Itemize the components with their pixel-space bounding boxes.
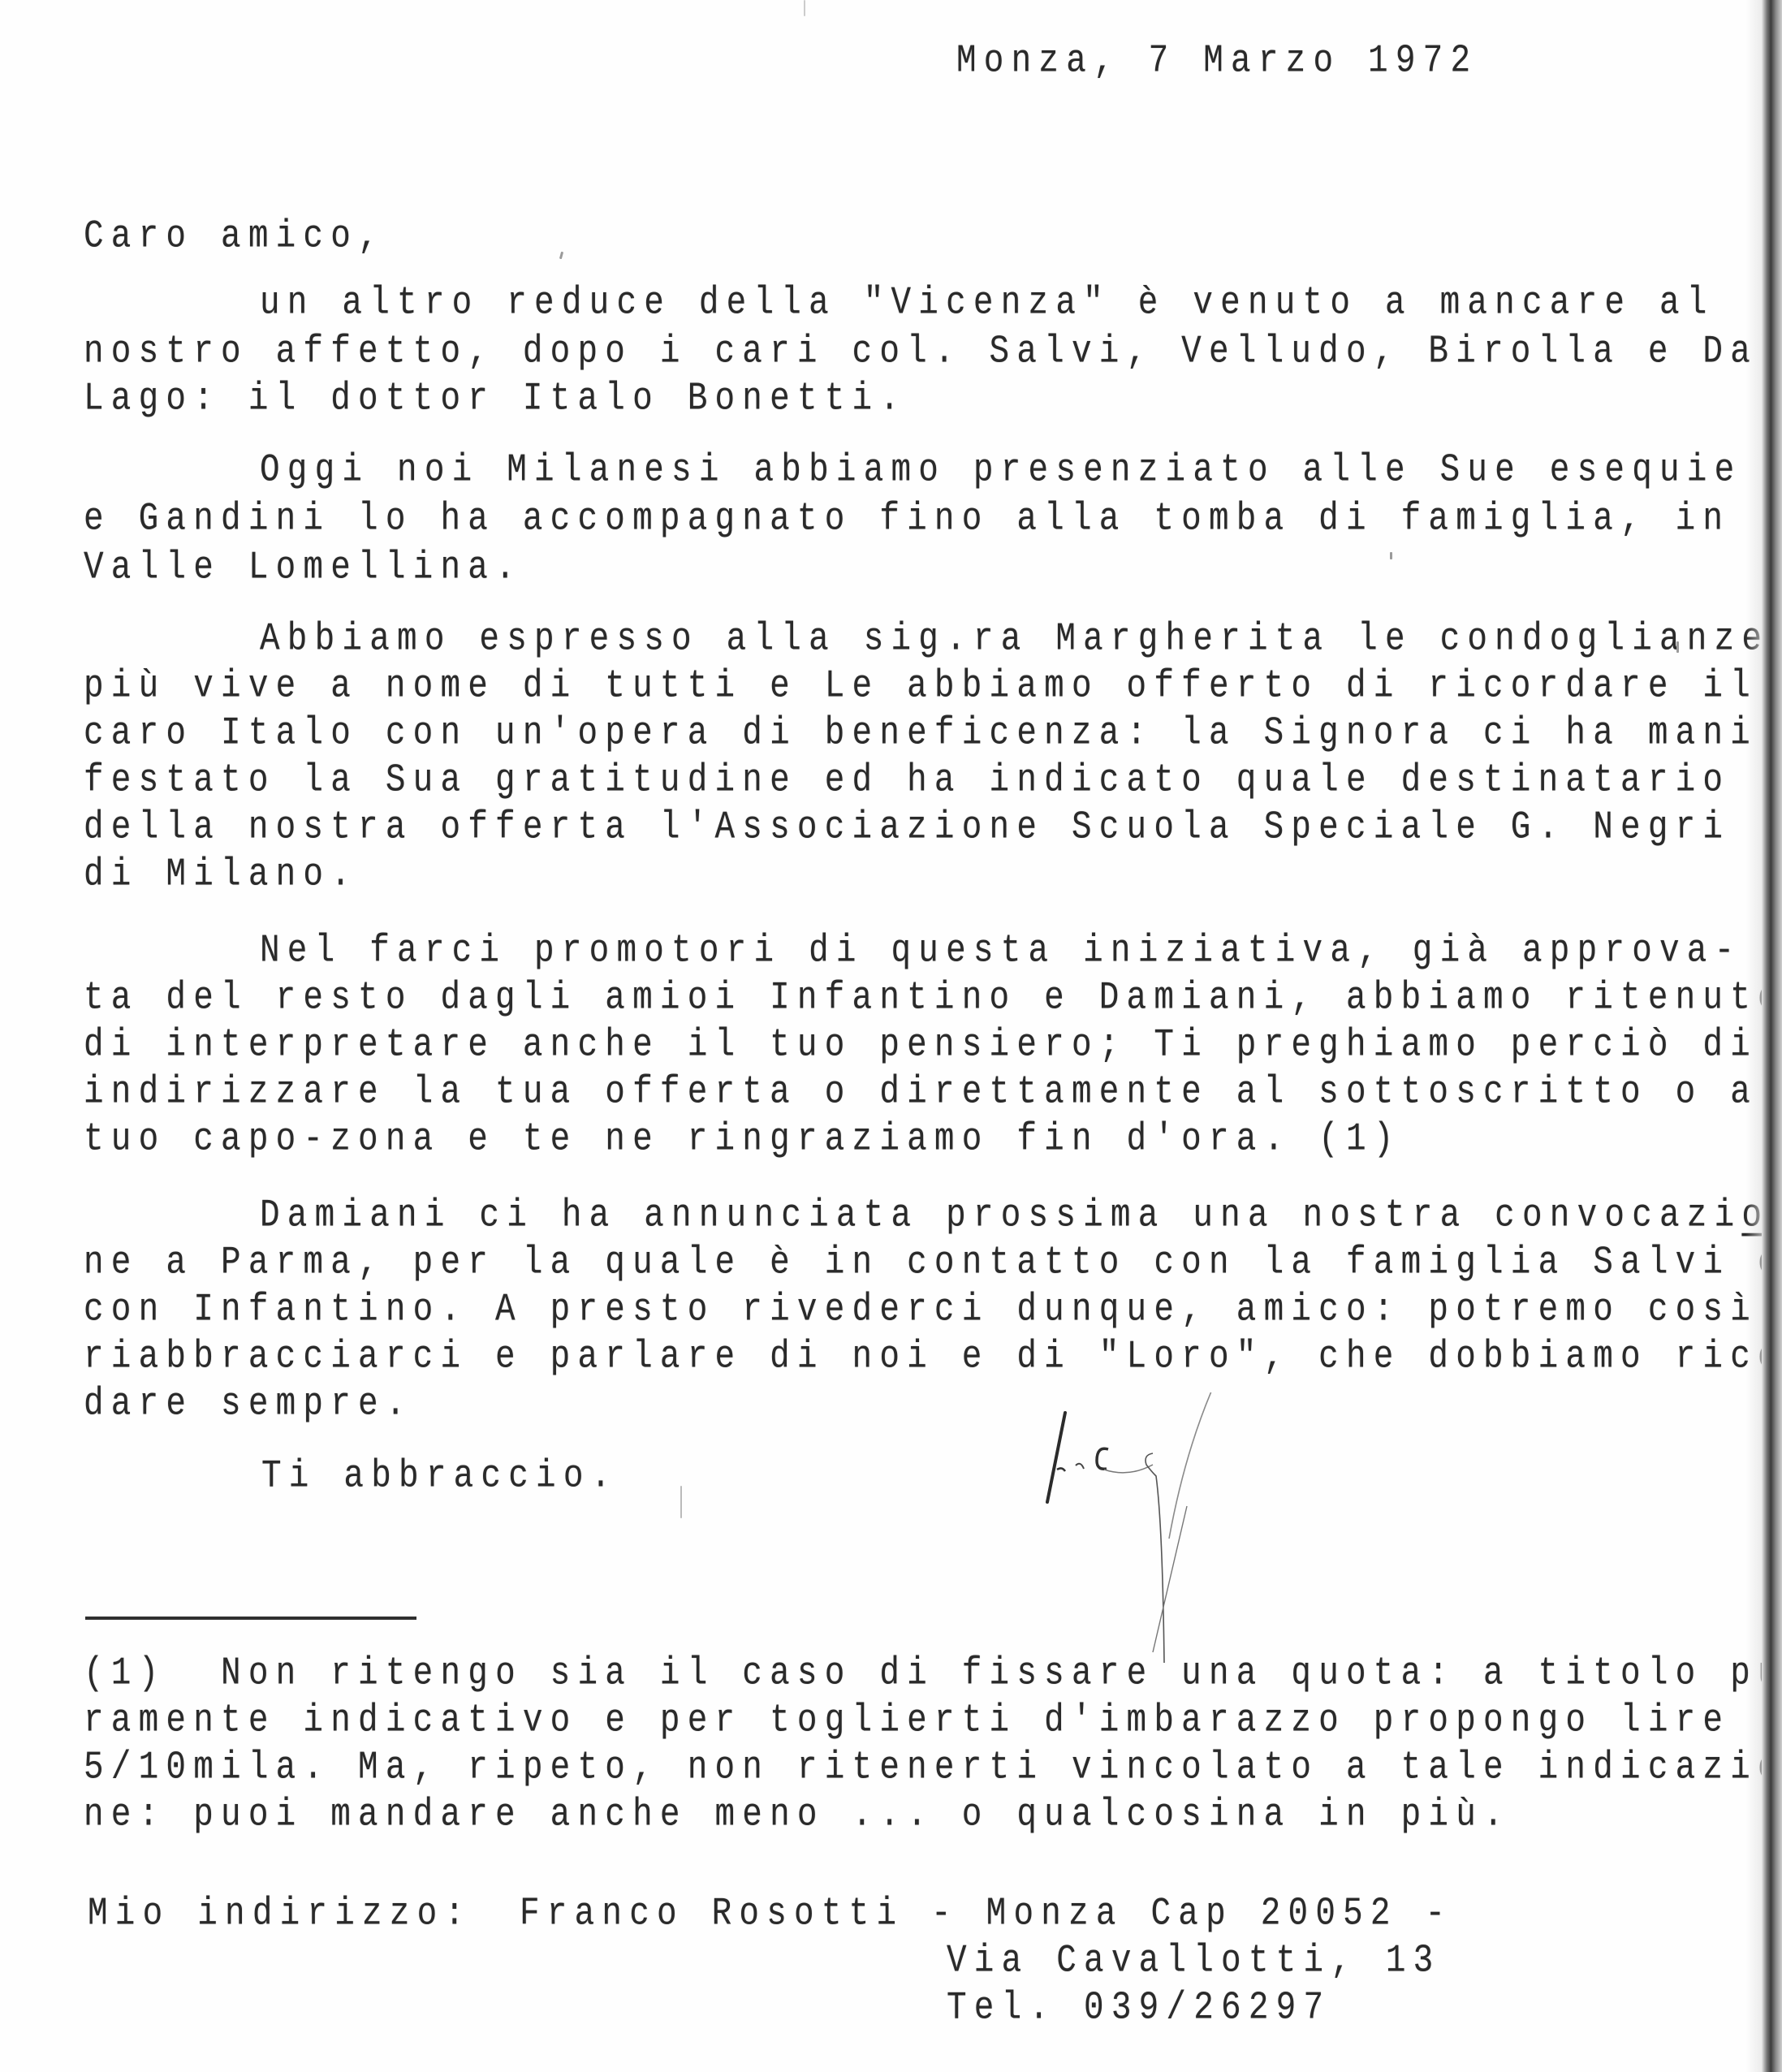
scan-speck	[680, 1486, 682, 1518]
footnote-line: 5/10mila. Ma, ripeto, non ritenerti vinc…	[84, 1749, 1782, 1788]
paragraph-line: caro Italo con un'opera di beneficenza: …	[84, 714, 1782, 753]
paragraph-line: di Milano.	[84, 856, 358, 895]
paragraph-line: più vive a nome di tutti e Le abbiamo of…	[84, 667, 1758, 706]
paragraph-line: ne a Parma, per la quale è in contatto c…	[84, 1244, 1782, 1283]
address-label: Mio indirizzo:	[88, 1895, 472, 1934]
letter-page: Monza, 7 Marzo 1972 Caro amico, un altro…	[0, 0, 1762, 2072]
footnote-marker: (1)	[84, 1651, 166, 1695]
paragraph-line: tuo capo-zona e te ne ringraziamo fin d'…	[84, 1120, 1401, 1159]
address-phone: Tel. 039/26297	[947, 1989, 1331, 2028]
scan-speck	[559, 252, 563, 259]
paragraph-line: Valle Lomellina.	[84, 549, 523, 588]
paragraph-line: della nostra offerta l'Associazione Scuo…	[84, 809, 1730, 848]
paragraph-line: nostro affetto, dopo i cari col. Salvi, …	[84, 333, 1782, 372]
address-street: Via Cavallotti, 13	[947, 1942, 1440, 1981]
paragraph-line: di interpretare anche il tuo pensiero; T…	[84, 1026, 1758, 1065]
salutation: Caro amico,	[84, 218, 386, 257]
paragraph-line: Nel farci promotori di questa iniziativa…	[260, 932, 1741, 971]
paragraph-line: indirizzare la tua offerta o direttament…	[84, 1073, 1782, 1112]
paragraph-line: un altro reduce della "Vicenza" è venuto…	[260, 284, 1715, 323]
paragraph-line: riabbracciarci e parlare di noi e di "Lo…	[84, 1338, 1782, 1377]
closing: Ti abbraccio.	[261, 1457, 618, 1496]
signature-icon	[1031, 1392, 1323, 1668]
footnote-separator	[85, 1617, 416, 1620]
paragraph-line: e Gandini lo ha accompagnato fino alla t…	[84, 500, 1730, 539]
page-edge-fade	[1745, 0, 1763, 2072]
place-date: Monza, 7 Marzo 1972	[956, 42, 1478, 81]
paragraph-line: con Infantino. A presto rivederci dunque…	[84, 1291, 1758, 1330]
footnote-line: (1) Non ritengo sia il caso di fissare u…	[84, 1655, 1782, 1694]
footnote-line: ramente indicativo e per toglierti d'imb…	[84, 1702, 1730, 1741]
paragraph-line: Abbiamo espresso alla sig.ra Margherita …	[260, 620, 1769, 659]
page-edge-shadow	[1762, 0, 1782, 2072]
footnote-line: ne: puoi mandare anche meno ... o qualco…	[84, 1796, 1511, 1835]
scan-speck	[804, 0, 805, 16]
paragraph-line: dare sempre.	[84, 1385, 413, 1424]
address-name-line: Franco Rosotti - Monza Cap 20052 -	[520, 1895, 1452, 1934]
paragraph-line: Lago: il dottor Italo Bonetti.	[84, 380, 907, 419]
paragraph-line: Oggi noi Milanesi abbiamo presenziato al…	[260, 451, 1741, 490]
paragraph-line: festato la Sua gratitudine ed ha indicat…	[84, 762, 1730, 801]
scan-speck	[1390, 552, 1392, 559]
scan-speck	[1676, 641, 1679, 653]
paragraph-line: ta del resto dagli amioi Infantino e Dam…	[84, 979, 1782, 1018]
paragraph-line: Damiani ci ha annunciata prossima una no…	[260, 1197, 1769, 1236]
